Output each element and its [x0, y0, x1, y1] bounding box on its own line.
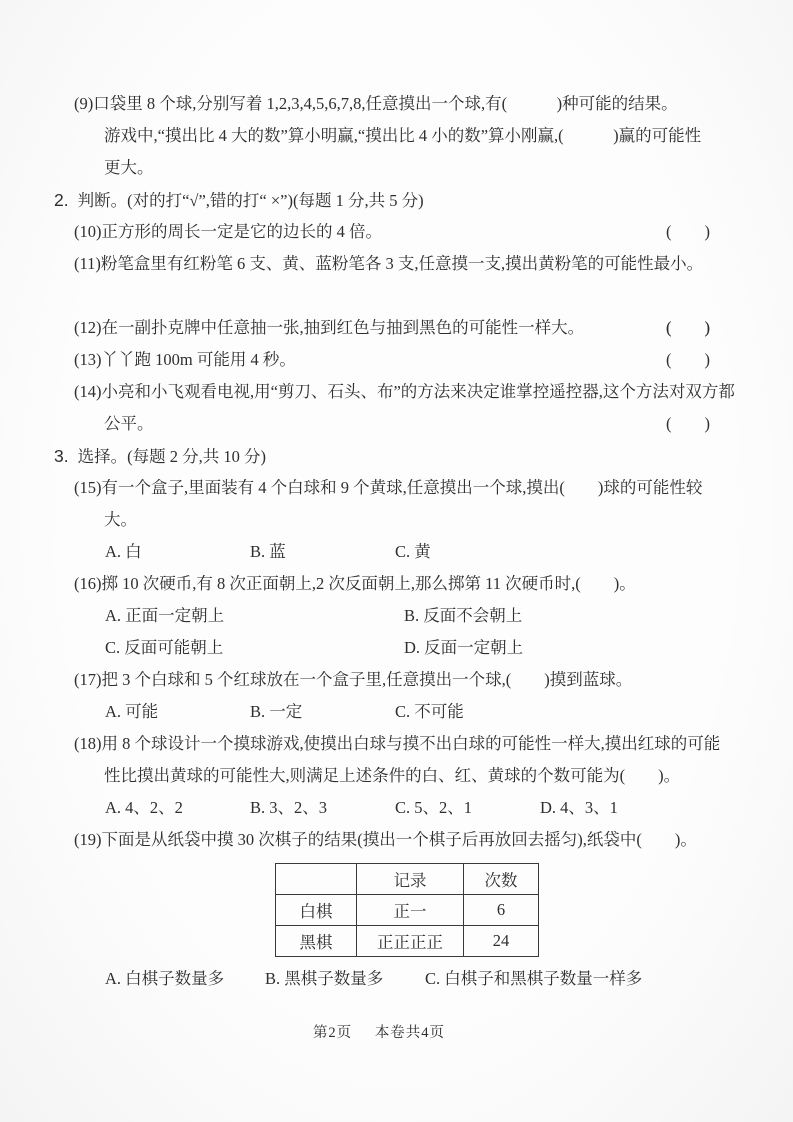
question-13-answer-blank: ( ): [666, 344, 710, 376]
question-16-option-c: C. 反面可能朝上: [105, 632, 404, 664]
question-18-option-b: B. 3、2、3: [250, 792, 395, 824]
question-18-line-1: (18)用 8 个球设计一个摸球游戏,使摸出白球与摸不出白球的可能性一样大,摸出…: [48, 728, 710, 760]
question-16-option-d: D. 反面一定朝上: [404, 632, 523, 664]
tally-black-label: 黑棋: [276, 926, 357, 957]
question-16-text: (16)掷 10 次硬币,有 8 次正面朝上,2 次反面朝上,那么掷第 11 次…: [48, 568, 710, 600]
question-15-line-2: 大。: [48, 504, 710, 536]
tally-white-record: 正一: [357, 895, 464, 926]
question-10-answer-blank: ( ): [666, 216, 710, 248]
question-14-answer-blank: ( ): [666, 408, 710, 440]
question-11-answer-row: ( ): [48, 280, 710, 312]
question-14-line-2-text: 公平。: [104, 408, 154, 440]
question-15-options: A. 白 B. 蓝 C. 黄: [48, 536, 710, 568]
question-16-options-cd: C. 反面可能朝上 D. 反面一定朝上: [48, 632, 710, 664]
page-footer: 第2页 本卷共4页: [48, 1021, 710, 1042]
tally-header-record: 记录: [357, 864, 464, 895]
question-18-options: A. 4、2、2 B. 3、2、3 C. 5、2、1 D. 4、3、1: [48, 792, 710, 824]
question-17-option-b: B. 一定: [250, 696, 395, 728]
section-2-title: 判断。(对的打“√”,错的打“ ×”)(每题 1 分,共 5 分): [78, 185, 424, 217]
tally-row-black: 黑棋 正正正正 24: [276, 926, 539, 957]
question-19-option-c: C. 白棋子和黑棋子数量一样多: [425, 963, 642, 995]
question-18-option-c: C. 5、2、1: [395, 792, 540, 824]
question-18-option-a: A. 4、2、2: [105, 792, 250, 824]
question-12-answer-blank: ( ): [666, 312, 710, 344]
tally-header-empty: [276, 864, 357, 895]
question-13-text: (13)丫丫跑 100m 可能用 4 秒。: [74, 344, 296, 376]
question-15-option-a: A. 白: [105, 536, 250, 568]
question-18-option-d: D. 4、3、1: [540, 792, 618, 824]
question-16-options-ab: A. 正面一定朝上 B. 反面不会朝上: [48, 600, 710, 632]
section-3-title: 选择。(每题 2 分,共 10 分): [78, 441, 266, 473]
tally-black-count: 24: [464, 926, 539, 957]
question-10-text: (10)正方形的周长一定是它的边长的 4 倍。: [74, 216, 382, 248]
question-15-option-b: B. 蓝: [250, 536, 395, 568]
question-10: (10)正方形的周长一定是它的边长的 4 倍。 ( ): [48, 216, 710, 248]
question-17-option-a: A. 可能: [105, 696, 250, 728]
tally-white-count: 6: [464, 895, 539, 926]
question-19-option-a: A. 白棋子数量多: [105, 963, 265, 995]
section-3-number: 3.: [48, 440, 69, 472]
question-14-line-2: 公平。 ( ): [48, 408, 710, 440]
question-9-line-2: 游戏中,“摸出比 4 大的数”算小明赢,“摸出比 4 小的数”算小刚赢,( )赢…: [48, 120, 710, 152]
question-12-text: (12)在一副扑克牌中任意抽一张,抽到红色与抽到黑色的可能性一样大。: [74, 312, 584, 344]
question-16-option-b: B. 反面不会朝上: [404, 600, 522, 632]
tally-black-record: 正正正正: [357, 926, 464, 957]
tally-white-label: 白棋: [276, 895, 357, 926]
question-17-option-c: C. 不可能: [395, 696, 464, 728]
footer-page-number: 第2页: [313, 1025, 352, 1041]
question-19-options: A. 白棋子数量多 B. 黑棋子数量多 C. 白棋子和黑棋子数量一样多: [48, 963, 710, 995]
question-15-option-c: C. 黄: [395, 536, 431, 568]
question-19-option-b: B. 黑棋子数量多: [265, 963, 425, 995]
tally-header-count: 次数: [464, 864, 539, 895]
section-2-heading: 2. 判断。(对的打“√”,错的打“ ×”)(每题 1 分,共 5 分): [48, 184, 710, 216]
question-9-line-3: 更大。: [48, 152, 710, 184]
tally-header-row: 记录 次数: [276, 864, 539, 895]
question-17-text: (17)把 3 个白球和 5 个红球放在一个盒子里,任意摸出一个球,( )摸到蓝…: [48, 664, 710, 696]
question-16-option-a: A. 正面一定朝上: [105, 600, 404, 632]
tally-row-white: 白棋 正一 6: [276, 895, 539, 926]
section-2-number: 2.: [48, 184, 69, 216]
question-19-text: (19)下面是从纸袋中摸 30 次棋子的结果(摸出一个棋子后再放回去摇匀),纸袋…: [48, 824, 710, 856]
question-13: (13)丫丫跑 100m 可能用 4 秒。 ( ): [48, 344, 710, 376]
footer-total-pages: 本卷共4页: [375, 1025, 445, 1041]
question-9-line-1: (9)口袋里 8 个球,分别写着 1,2,3,4,5,6,7,8,任意摸出一个球…: [48, 88, 710, 120]
tally-table: 记录 次数 白棋 正一 6 黑棋 正正正正 24: [275, 863, 539, 957]
question-18-line-2: 性比摸出黄球的可能性大,则满足上述条件的白、红、黄球的个数可能为( )。: [48, 760, 710, 792]
question-15-line-1: (15)有一个盒子,里面装有 4 个白球和 9 个黄球,任意摸出一个球,摸出( …: [48, 472, 710, 504]
question-17-options: A. 可能 B. 一定 C. 不可能: [48, 696, 710, 728]
question-11-text: (11)粉笔盒里有红粉笔 6 支、黄、蓝粉笔各 3 支,任意摸一支,摸出黄粉笔的…: [48, 248, 710, 280]
question-14-line-1: (14)小亮和小飞观看电视,用“剪刀、石头、布”的方法来决定谁掌控遥控器,这个方…: [48, 376, 710, 408]
test-paper-page: (9)口袋里 8 个球,分别写着 1,2,3,4,5,6,7,8,任意摸出一个球…: [0, 0, 793, 1122]
question-12: (12)在一副扑克牌中任意抽一张,抽到红色与抽到黑色的可能性一样大。 ( ): [48, 312, 710, 344]
section-3-heading: 3. 选择。(每题 2 分,共 10 分): [48, 440, 710, 472]
